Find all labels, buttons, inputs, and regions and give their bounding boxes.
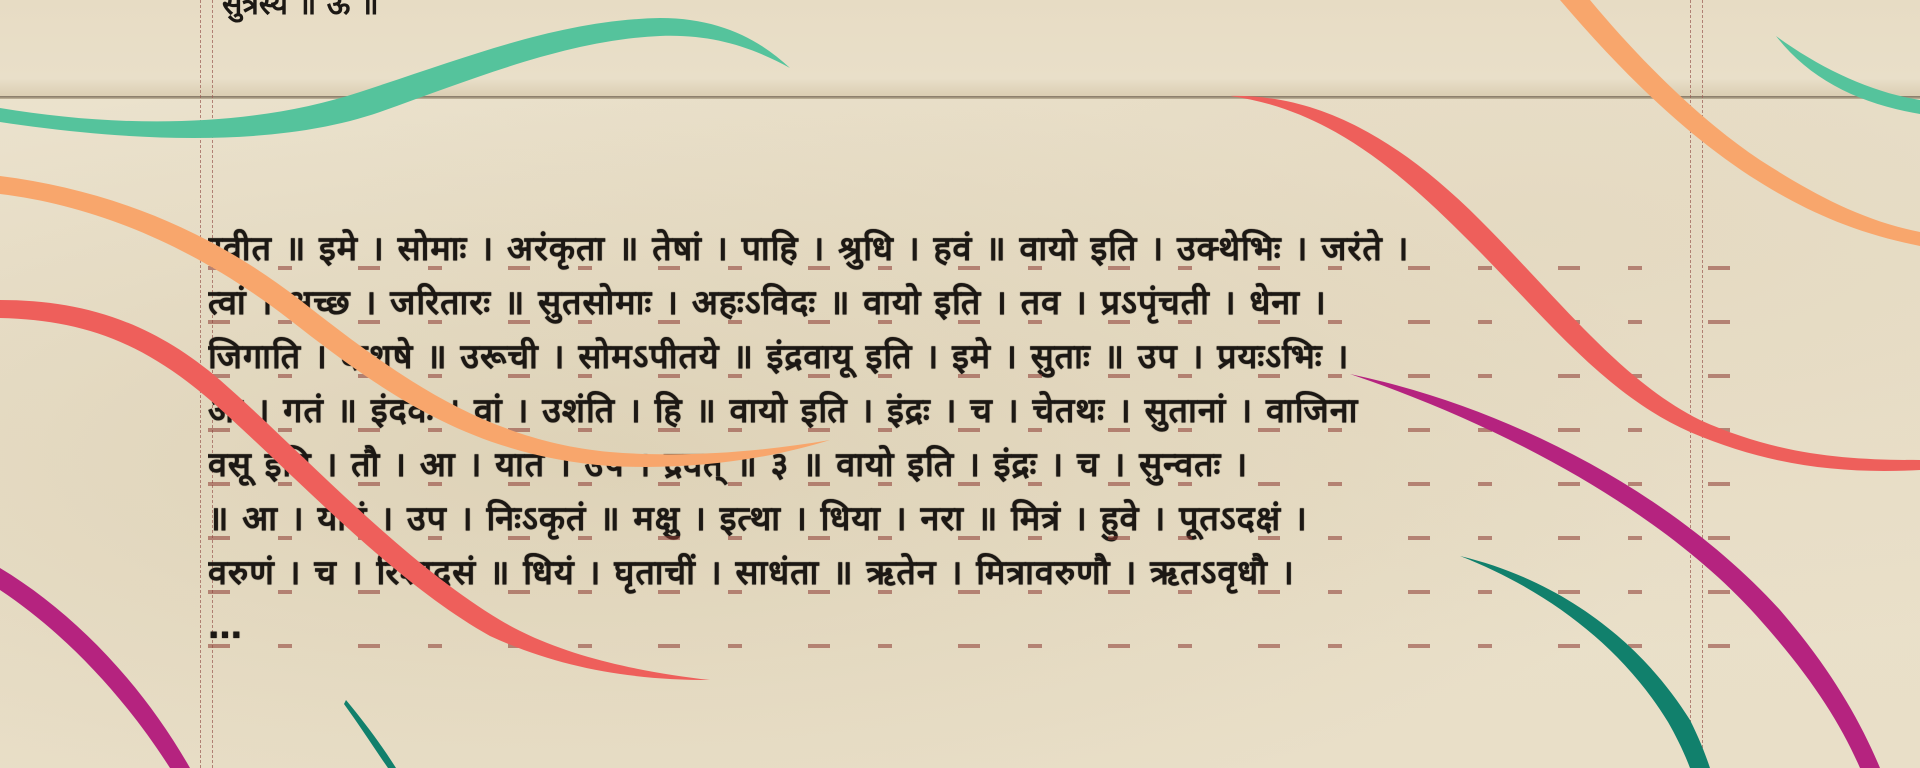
decorative-stripes-overlay [0,0,1920,768]
orange-stripe-right [1560,0,1920,246]
dark-teal-stripe-bottom-left [344,700,396,768]
dark-teal-stripe-right [1460,556,1710,768]
coral-stripe-right [1230,96,1920,471]
magenta-stripe-left [0,568,190,768]
magenta-stripe-right [1350,374,1880,768]
teal-stripe-top-left [0,18,790,138]
manuscript-photo: सुत्रस्य ॥ ऊ ॥ रवीत ॥ इमे । सोमाः । अरंक… [0,0,1920,768]
teal-stripe-top-right [1776,36,1920,114]
